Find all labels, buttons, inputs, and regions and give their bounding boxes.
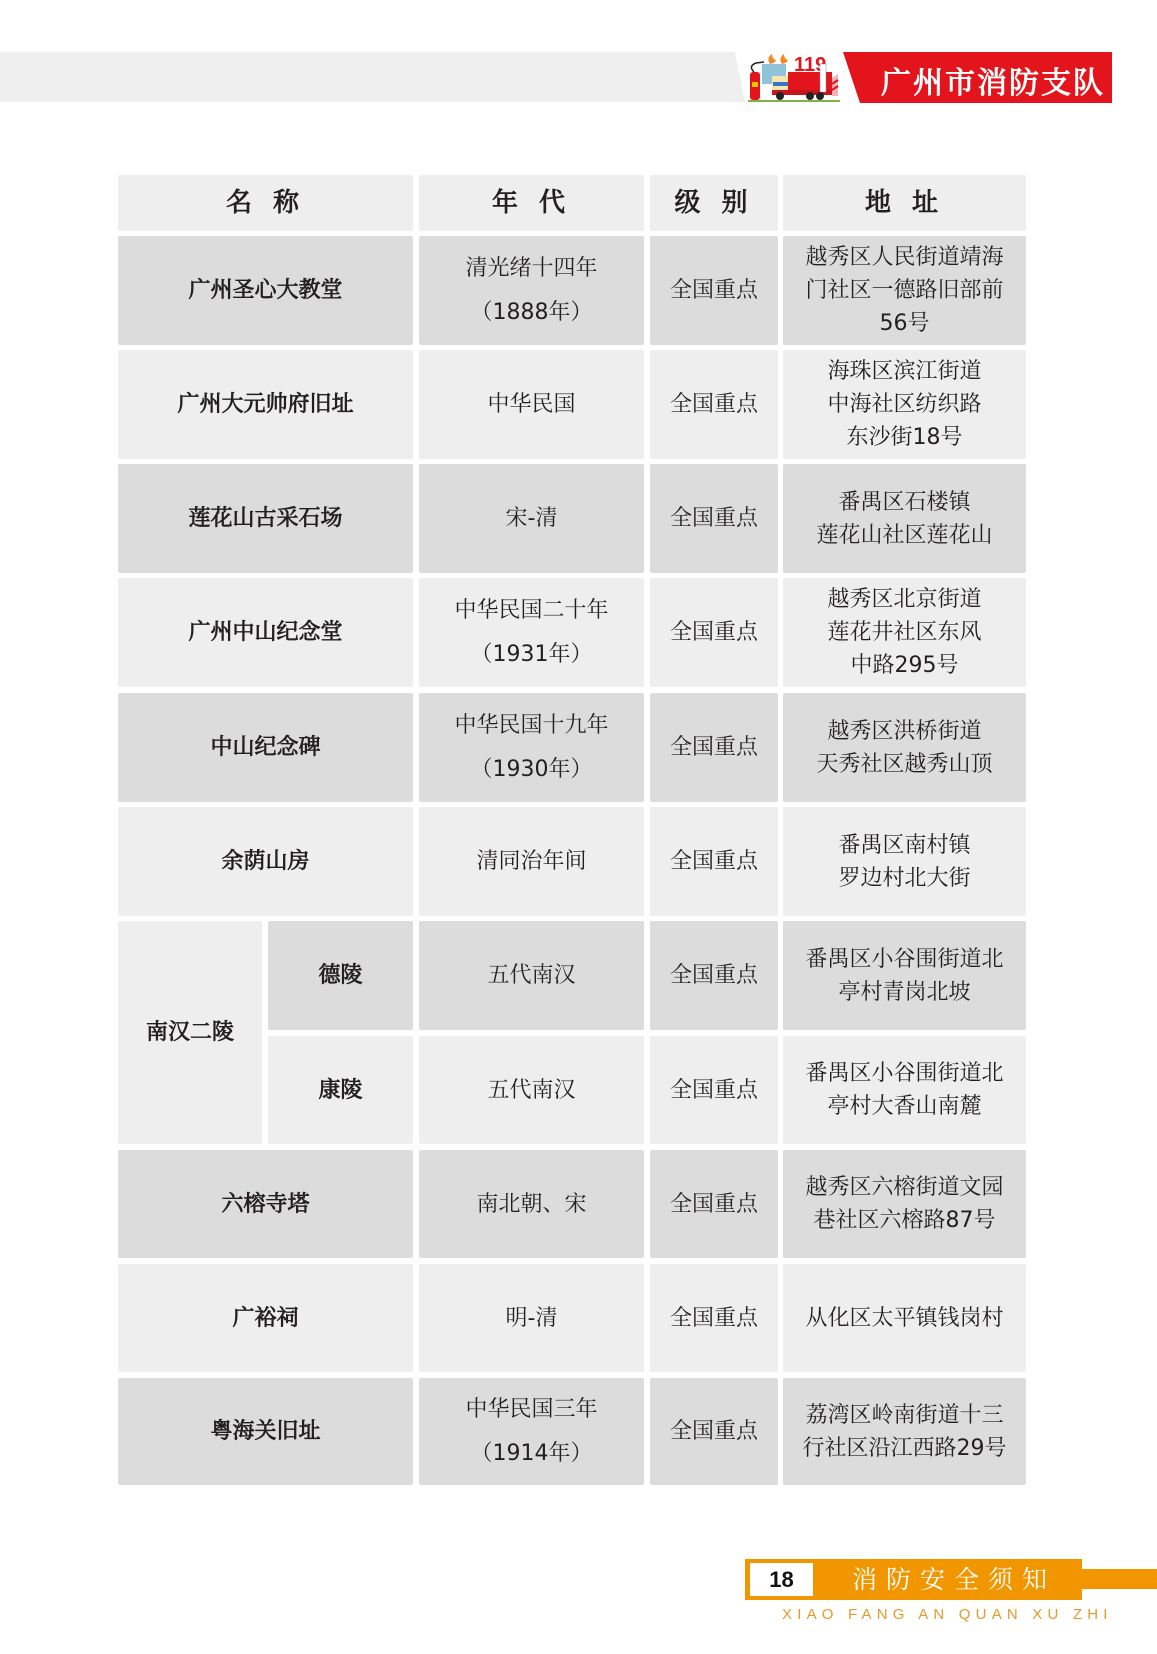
era-cell: 清同治年间 xyxy=(419,807,644,916)
footer-title: 消防安全须知 xyxy=(852,1562,1072,1598)
page-number: 18 xyxy=(750,1563,813,1596)
era-cell: 宋-清 xyxy=(419,464,644,573)
site-group-cell: 南汉二陵 xyxy=(118,921,262,1144)
fire-truck-119-logo-icon: 119 xyxy=(742,50,846,106)
footer-pinyin: XIAO FANG AN QUAN XU ZHI xyxy=(782,1606,1102,1624)
footer-orange-tail xyxy=(1082,1569,1157,1589)
address-cell: 番禺区南村镇 罗边村北大街 xyxy=(783,807,1026,916)
era-cell: 南北朝、宋 xyxy=(419,1150,644,1258)
level-cell: 全国重点 xyxy=(650,693,778,802)
address-cell: 从化区太平镇钱岗村 xyxy=(783,1264,1026,1372)
address-cell: 越秀区北京街道 莲花井社区东风 中路295号 xyxy=(783,578,1026,687)
address-cell: 番禺区小谷围街道北 亭村大香山南麓 xyxy=(783,1036,1026,1144)
site-name-cell: 广州圣心大教堂 xyxy=(118,236,413,345)
site-name-cell: 余荫山房 xyxy=(118,807,413,916)
site-name-cell: 广州中山纪念堂 xyxy=(118,578,413,687)
site-name-cell: 广裕祠 xyxy=(118,1264,413,1372)
era-cell: 中华民国 xyxy=(419,350,644,459)
level-cell: 全国重点 xyxy=(650,1378,778,1485)
column-header-address: 地 址 xyxy=(783,175,1026,231)
era-cell: 五代南汉 xyxy=(419,1036,644,1144)
column-header-name: 名 称 xyxy=(118,175,413,231)
address-cell: 荔湾区岭南街道十三 行社区沿江西路29号 xyxy=(783,1378,1026,1485)
level-cell: 全国重点 xyxy=(650,921,778,1030)
level-cell: 全国重点 xyxy=(650,464,778,573)
site-name-cell: 六榕寺塔 xyxy=(118,1150,413,1258)
address-cell: 越秀区人民街道靖海 门社区一德路旧部前 56号 xyxy=(783,236,1026,345)
site-name-cell: 德陵 xyxy=(268,921,413,1030)
address-cell: 越秀区洪桥街道 天秀社区越秀山顶 xyxy=(783,693,1026,802)
org-title-banner: 广州市消防支队 xyxy=(843,52,1112,103)
era-cell: 中华民国三年 （1914年） xyxy=(419,1378,644,1485)
level-cell: 全国重点 xyxy=(650,578,778,687)
site-name-cell: 粤海关旧址 xyxy=(118,1378,413,1485)
era-cell: 明-清 xyxy=(419,1264,644,1372)
header-grey-band xyxy=(0,52,745,102)
address-cell: 越秀区六榕街道文园 巷社区六榕路87号 xyxy=(783,1150,1026,1258)
level-cell: 全国重点 xyxy=(650,236,778,345)
address-cell: 海珠区滨江街道 中海社区纺织路 东沙街18号 xyxy=(783,350,1026,459)
site-name-cell: 中山纪念碑 xyxy=(118,693,413,802)
column-header-era: 年 代 xyxy=(419,175,644,231)
level-cell: 全国重点 xyxy=(650,1264,778,1372)
era-cell: 清光绪十四年 （1888年） xyxy=(419,236,644,345)
site-name-cell: 康陵 xyxy=(268,1036,413,1144)
level-cell: 全国重点 xyxy=(650,807,778,916)
column-header-level: 级 别 xyxy=(650,175,778,231)
era-cell: 五代南汉 xyxy=(419,921,644,1030)
era-cell: 中华民国二十年 （1931年） xyxy=(419,578,644,687)
era-cell: 中华民国十九年 （1930年） xyxy=(419,693,644,802)
site-name-cell: 莲花山古采石场 xyxy=(118,464,413,573)
address-cell: 番禺区小谷围街道北 亭村青岗北坡 xyxy=(783,921,1026,1030)
level-cell: 全国重点 xyxy=(650,1036,778,1144)
org-title: 广州市消防支队 xyxy=(881,58,1105,102)
level-cell: 全国重点 xyxy=(650,350,778,459)
address-cell: 番禺区石楼镇 莲花山社区莲花山 xyxy=(783,464,1026,573)
site-name-cell: 广州大元帅府旧址 xyxy=(118,350,413,459)
level-cell: 全国重点 xyxy=(650,1150,778,1258)
